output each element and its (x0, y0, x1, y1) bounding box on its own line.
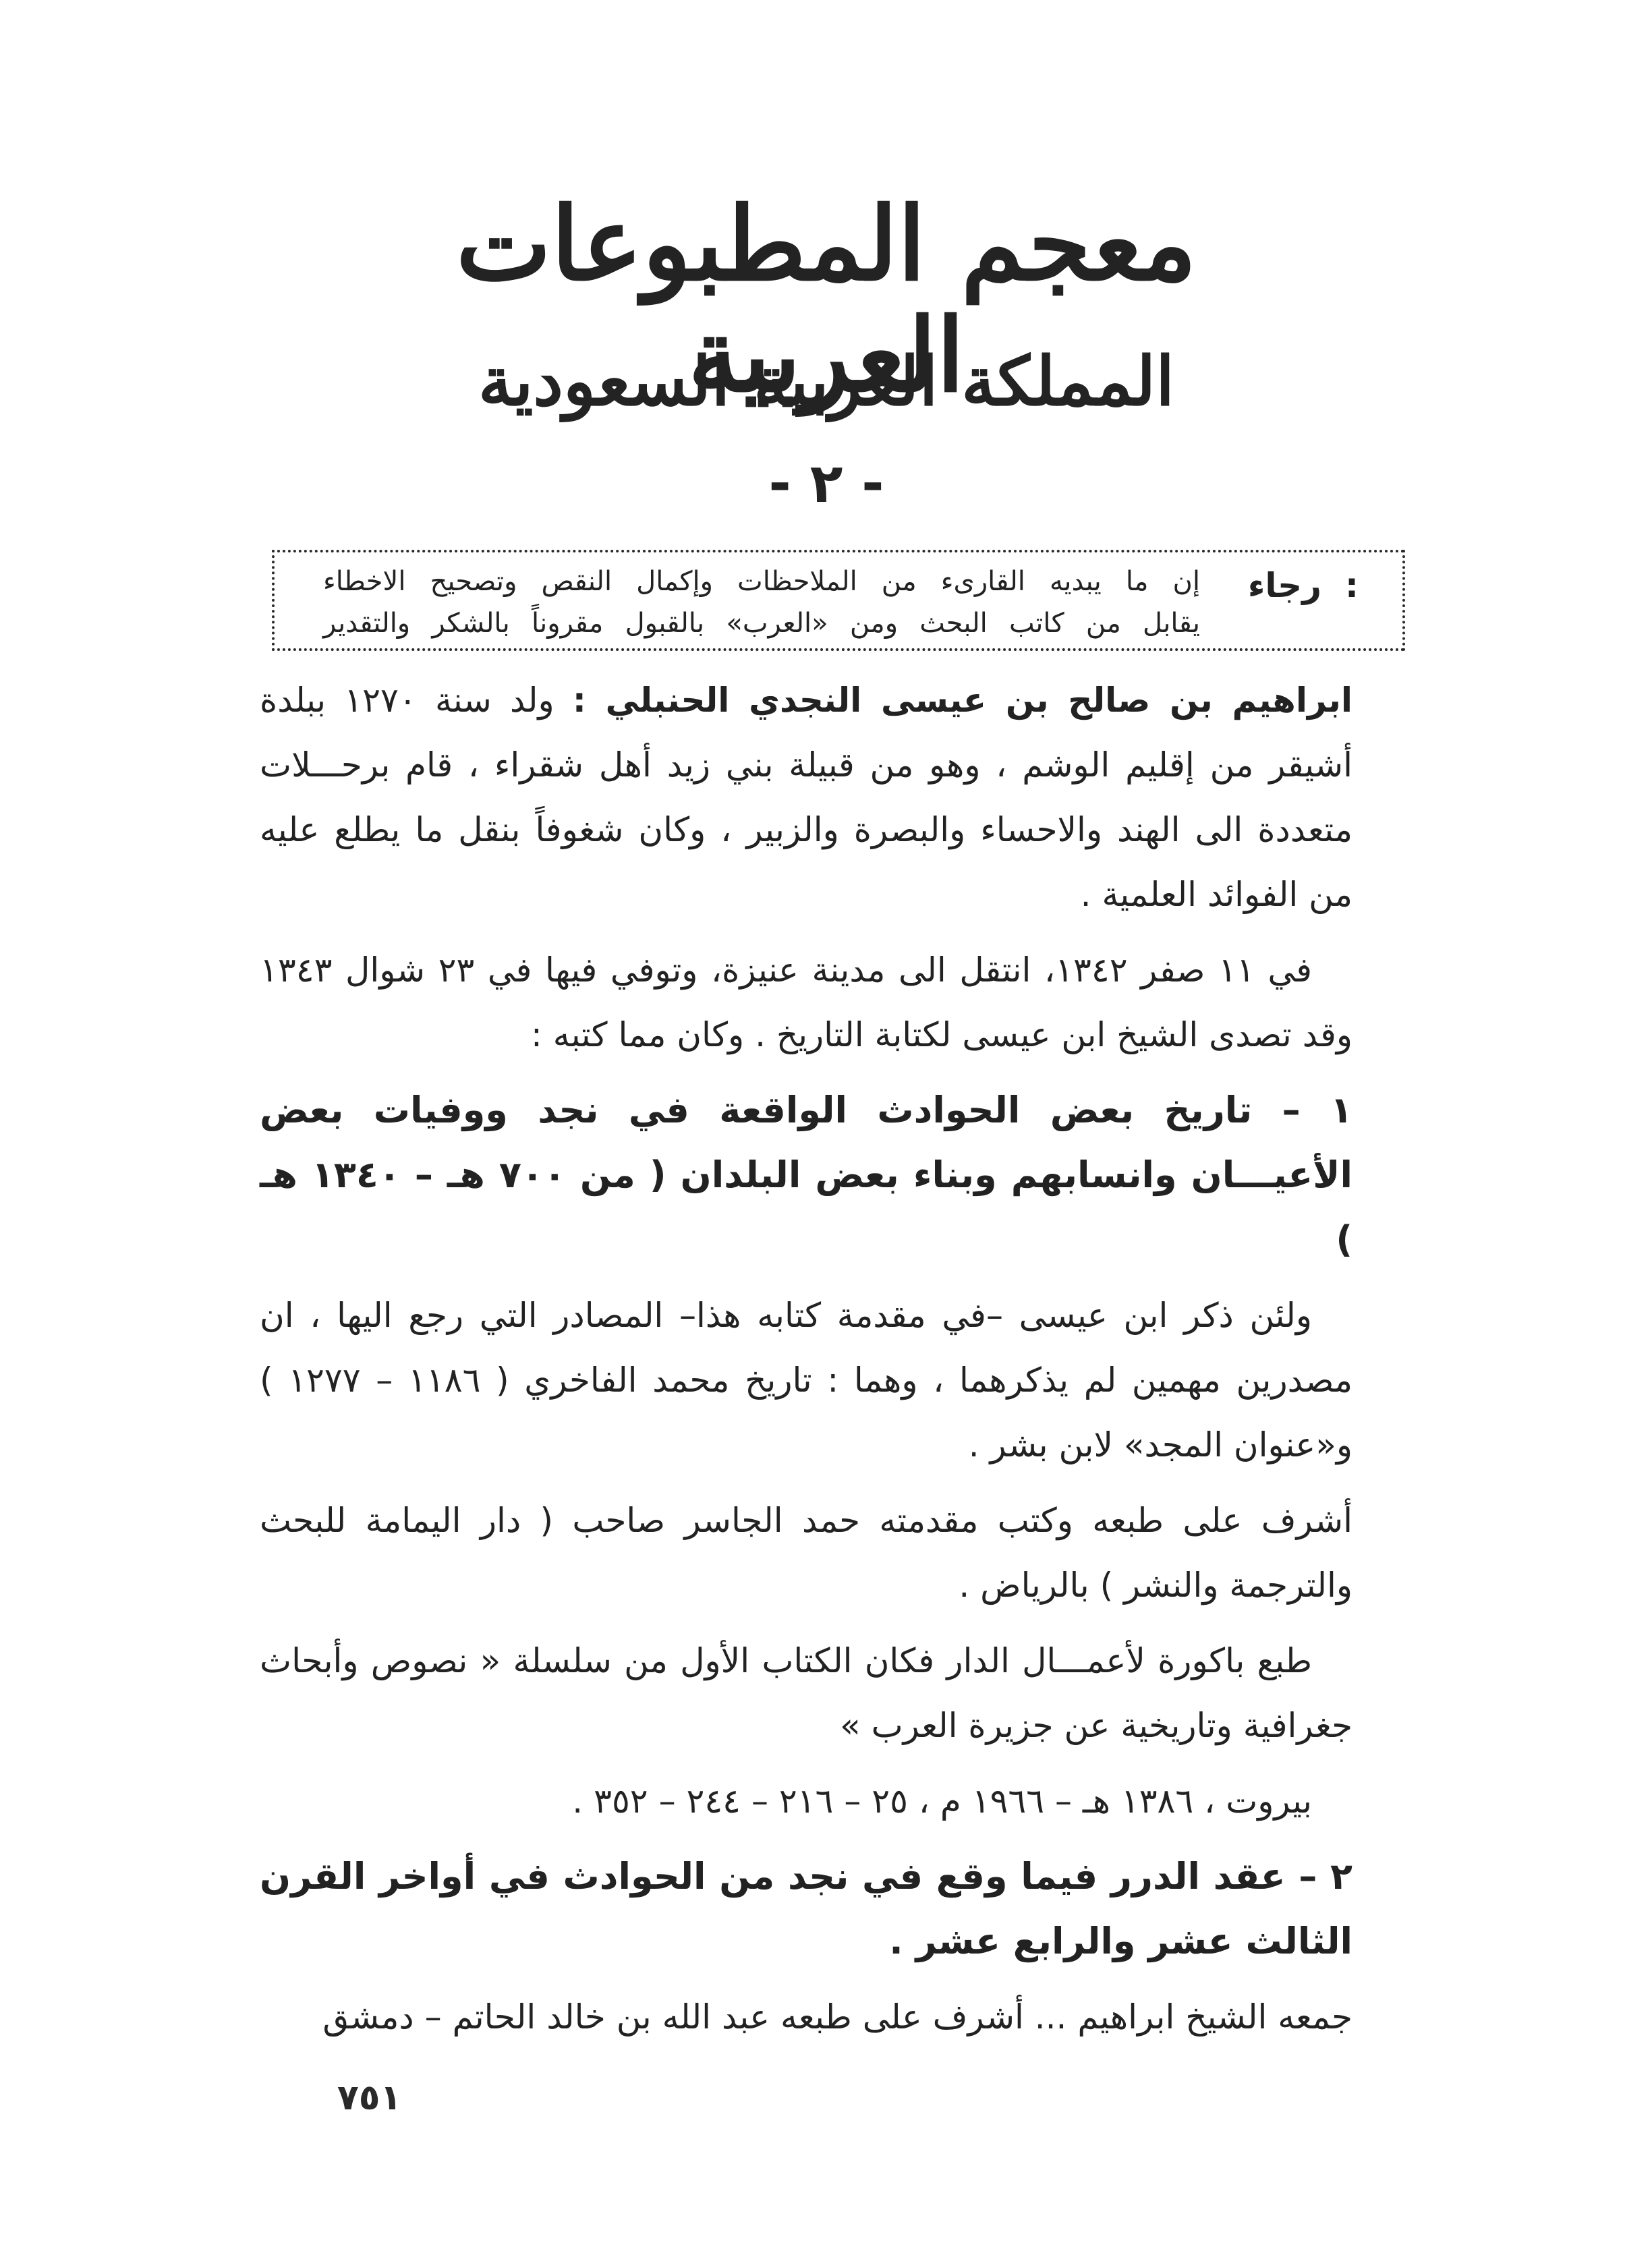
paragraph: أشرف على طبعه وكتب مقدمته حمد الجاسر صاح… (260, 1488, 1352, 1618)
notice-text: إن ما يبديه القارىء من الملاحظات وإكمال … (323, 561, 1200, 644)
paragraph: ولئن ذكر ابن عيسى –في مقدمة كتابه هذا– ا… (260, 1283, 1352, 1477)
notice-line: يقابل من كاتب البحث ومن «العرب» بالقبول … (323, 602, 1200, 644)
entry-intro-paragraph: ابراهيم بن صالح بن عيسى النجدي الحنبلي :… (260, 668, 1352, 927)
publication-info: بيروت ، ١٣٨٦ هـ – ١٩٦٦ م ، ٢٥ – ٢١٦ – ٢٤… (260, 1769, 1352, 1833)
page-subtitle: المملكة العربية السعودية (472, 344, 1180, 418)
notice-label: رجاء (1248, 566, 1321, 605)
entry-body: ابراهيم بن صالح بن عيسى النجدي الحنبلي :… (260, 668, 1352, 2060)
work-title-2: ٢ – عقد الدرر فيما وقع في نجد من الحوادث… (260, 1844, 1352, 1974)
paragraph: في ١١ صفر ١٣٤٢، انتقل الى مدينة عنيزة، و… (260, 938, 1352, 1067)
page-number: ٧٥١ (337, 2078, 401, 2118)
paragraph: طبع باكورة لأعمـــال الدار فكان الكتاب ا… (260, 1628, 1352, 1758)
notice-box: رجاء : إن ما يبديه القارىء من الملاحظات … (272, 550, 1405, 651)
part-number: - ٢ - (675, 452, 978, 515)
author-heading: ابراهيم بن صالح بن عيسى النجدي الحنبلي : (573, 681, 1352, 720)
notice-line: إن ما يبديه القارىء من الملاحظات وإكمال … (323, 561, 1200, 602)
scanned-page: معجم المطبوعات العربية المملكة العربية ا… (0, 0, 1652, 2249)
notice-colon: : (1345, 566, 1359, 605)
work-title-1: ١ – تاريخ بعض الحوادث الواقعة في نجد ووف… (260, 1078, 1352, 1272)
paragraph: جمعه الشيخ ابراهيم ... أشرف على طبعه عبد… (260, 1985, 1352, 2049)
